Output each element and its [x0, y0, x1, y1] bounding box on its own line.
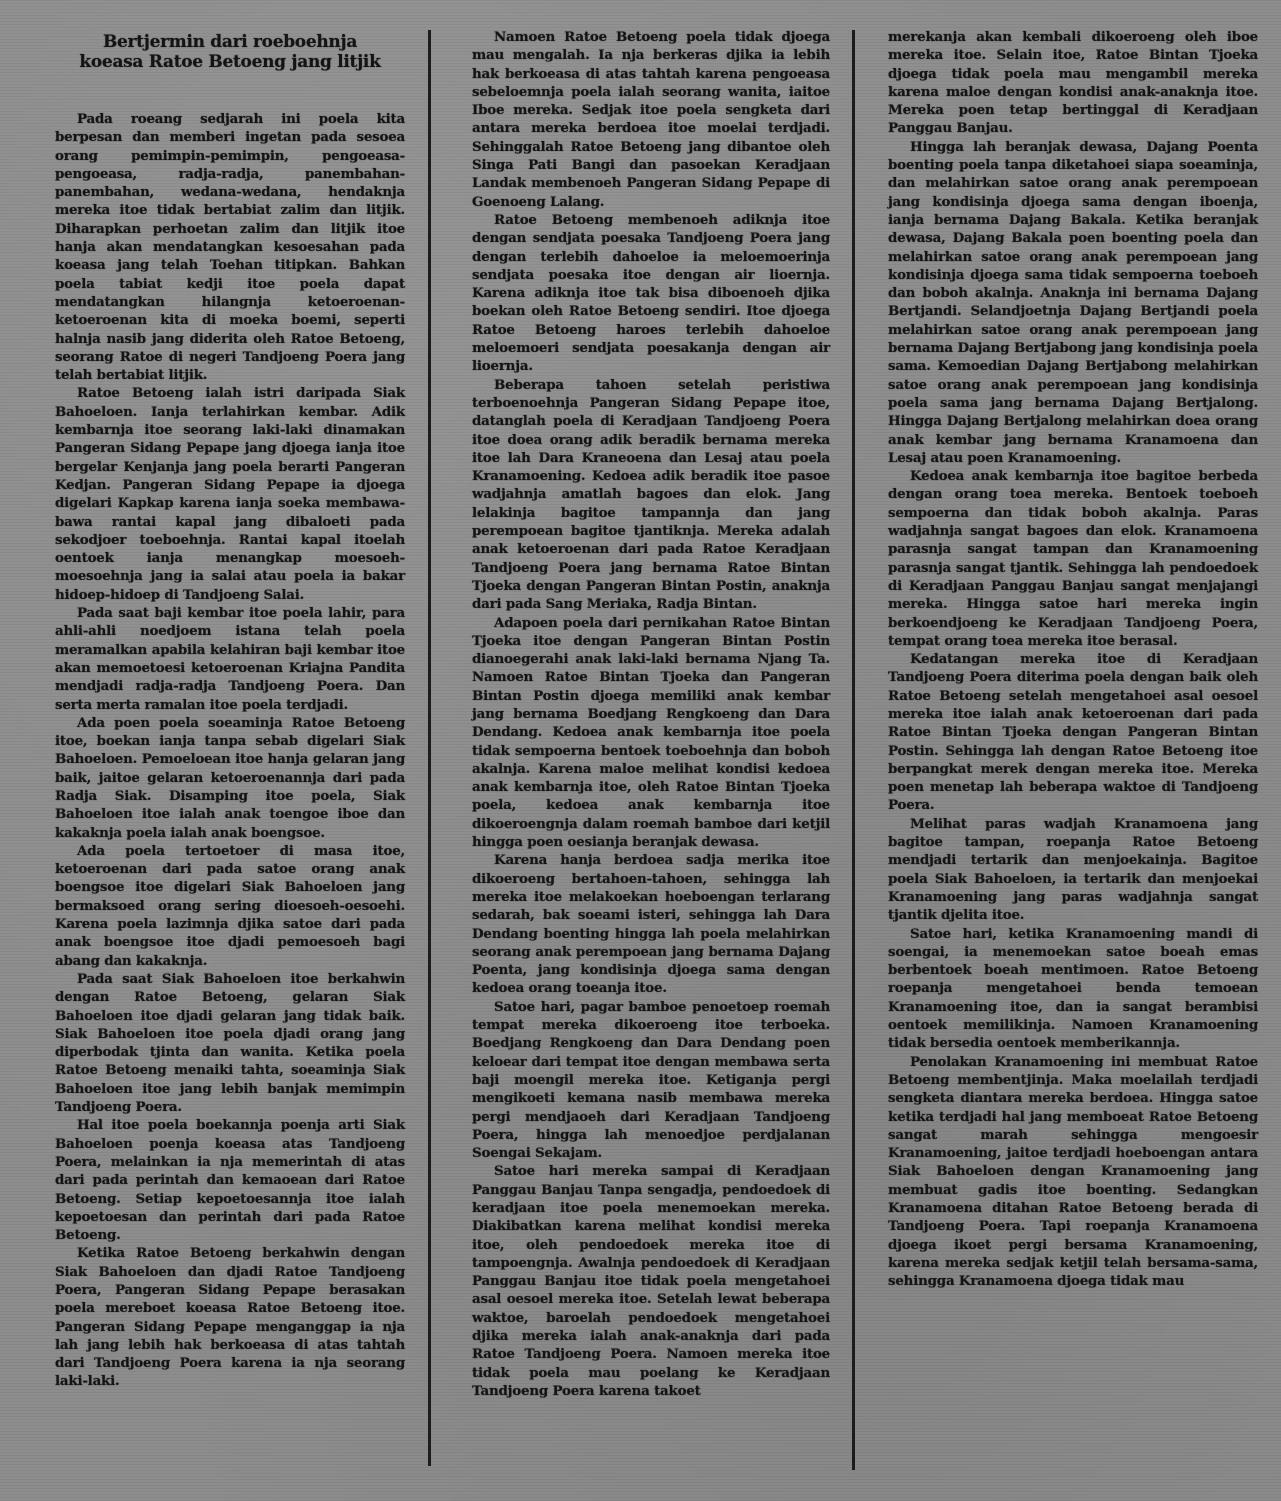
- paragraph: merekanja akan kembali dikoeroeng oleh i…: [888, 28, 1258, 138]
- paragraph: Satoe hari mereka sampai di Keradjaan Pa…: [472, 1162, 830, 1400]
- paragraph: Karena hanja berdoea sadja merika itoe d…: [472, 851, 830, 997]
- paragraph: Pada roeang sedjarah ini poela kita berp…: [55, 110, 405, 384]
- paragraph: Ada poen poela soeaminja Ratoe Betoeng i…: [55, 714, 405, 842]
- column-divider-1: [428, 30, 431, 1466]
- paragraph: Beberapa tahoen setelah peristiwa terboe…: [472, 376, 830, 614]
- column-3: merekanja akan kembali dikoeroeng oleh i…: [888, 28, 1258, 1290]
- paragraph: Satoe hari, pagar bamboe penoetoep roema…: [472, 998, 830, 1163]
- paragraph: Namoen Ratoe Betoeng poela tidak djoega …: [472, 28, 830, 211]
- paragraph: Pada saat Siak Bahoeloen itoe berkahwin …: [55, 970, 405, 1116]
- paragraph: Hal itoe poela boekannja poenja arti Sia…: [55, 1116, 405, 1244]
- paragraph: Melihat paras wadjah Kranamoena jang bag…: [888, 815, 1258, 925]
- paragraph: Ketika Ratoe Betoeng berkahwin dengan Si…: [55, 1244, 405, 1390]
- paragraph: Satoe hari, ketika Kranamoening mandi di…: [888, 925, 1258, 1053]
- paragraph: Hingga lah beranjak dewasa, Dajang Poent…: [888, 138, 1258, 467]
- paragraph: Kedoea anak kembarnja itoe bagitoe berbe…: [888, 467, 1258, 650]
- title-line-2: koeasa Ratoe Betoeng jang litjik: [55, 52, 405, 72]
- paragraph: Ada poela tertoetoer di masa itoe, ketoe…: [55, 842, 405, 970]
- column-1: Bertjermin dari roeboehnja koeasa Ratoe …: [55, 28, 405, 1391]
- title-line-1: Bertjermin dari roeboehnja: [55, 32, 405, 52]
- paragraph: Ratoe Betoeng ialah istri daripada Siak …: [55, 384, 405, 604]
- article-title: Bertjermin dari roeboehnja koeasa Ratoe …: [55, 32, 405, 72]
- column-2: Namoen Ratoe Betoeng poela tidak djoega …: [472, 28, 830, 1400]
- paragraph: Kedatangan mereka itoe di Keradjaan Tand…: [888, 650, 1258, 815]
- paragraph: Penolakan Kranamoening ini membuat Ratoe…: [888, 1053, 1258, 1291]
- paragraph: Ratoe Betoeng membenoeh adiknja itoe den…: [472, 211, 830, 376]
- column-divider-2: [852, 30, 855, 1470]
- paragraph: Adapoen poela dari pernikahan Ratoe Bint…: [472, 614, 830, 852]
- paragraph: Pada saat baji kembar itoe poela lahir, …: [55, 604, 405, 714]
- newspaper-page: Bertjermin dari roeboehnja koeasa Ratoe …: [0, 0, 1281, 1501]
